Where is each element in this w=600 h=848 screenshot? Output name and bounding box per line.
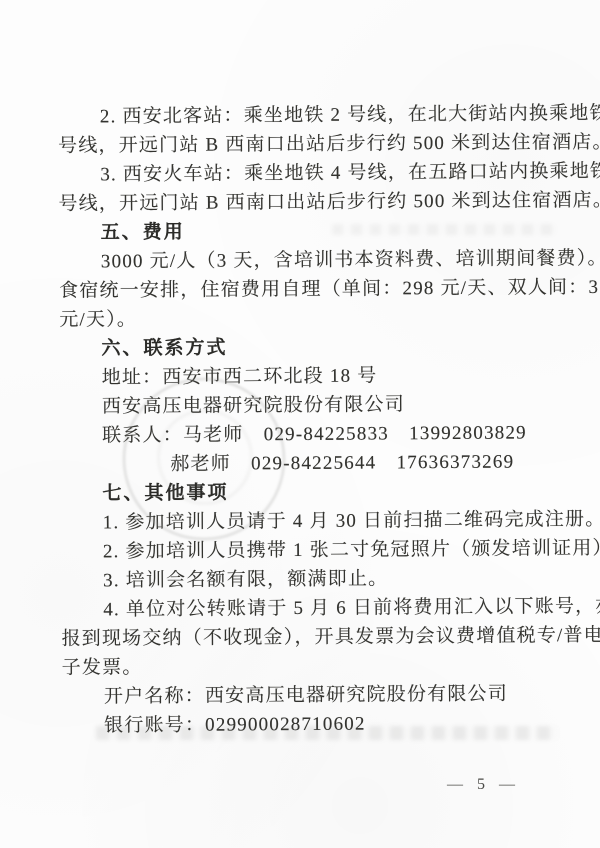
line-item-4-cont2: 子发票。 <box>62 650 544 682</box>
heading-contact: 六、联系方式 <box>59 331 541 363</box>
line-item-3: 3. 培训会名额有限，额满即止。 <box>61 563 543 595</box>
document-body: 2. 西安北客站：乘坐地铁 2 号线，在北大街站内换乘地铁 1 号线，开远门站 … <box>58 99 544 740</box>
line-account-name: 开户名称：西安高压电器研究院股份有限公司 <box>62 679 544 711</box>
line-north-station: 2. 西安北客站：乘坐地铁 2 号线，在北大街站内换乘地铁 1 <box>58 99 540 131</box>
line-lodging: 食宿统一安排，住宿费用自理（单间：298 元/天、双人间：318 <box>59 273 541 305</box>
line-item-4-cont: 报到现场交纳（不收现金），开具发票为会议费增值税专/普电 <box>61 621 543 653</box>
line-railway-station: 3. 西安火车站：乘坐地铁 4 号线，在五路口站内换乘地铁 1 <box>58 157 540 189</box>
line-lodging-cont: 元/天）。 <box>59 302 541 334</box>
line-contact-hao: 郝老师 029-84225644 17636373269 <box>60 447 542 479</box>
line-contact-ma: 联系人：马老师 029-84225833 13992803829 <box>60 418 542 450</box>
line-north-station-cont: 号线，开远门站 B 西南口出站后步行约 500 米到达住宿酒店。 <box>58 128 540 160</box>
line-fee-amount: 3000 元/人（3 天，含培训书本资料费、培训期间餐费）。 <box>59 244 541 276</box>
heading-other-items: 七、其他事项 <box>60 476 542 508</box>
line-bank-account: 银行账号：029900028710602 <box>62 708 544 740</box>
line-company-name: 西安高压电器研究院股份有限公司 <box>60 389 542 421</box>
document-page: 2. 西安北客站：乘坐地铁 2 号线，在北大街站内换乘地铁 1 号线，开远门站 … <box>0 0 600 848</box>
page-number: — 5 — <box>447 776 520 794</box>
line-railway-station-cont: 号线，开远门站 B 西南口出站后步行约 500 米到达住宿酒店。 <box>58 186 540 218</box>
line-item-4: 4. 单位对公转账请于 5 月 6 日前将费用汇入以下账号，亦可 <box>61 592 543 624</box>
line-address: 地址：西安市西二环北段 18 号 <box>60 360 542 392</box>
heading-fees: 五、费用 <box>59 215 541 247</box>
line-item-1: 1. 参加培训人员请于 4 月 30 日前扫描二维码完成注册。 <box>61 505 543 537</box>
line-item-2: 2. 参加培训人员携带 1 张二寸免冠照片（颁发培训证用）。 <box>61 534 543 566</box>
page-number-label: — 5 — <box>447 776 520 793</box>
